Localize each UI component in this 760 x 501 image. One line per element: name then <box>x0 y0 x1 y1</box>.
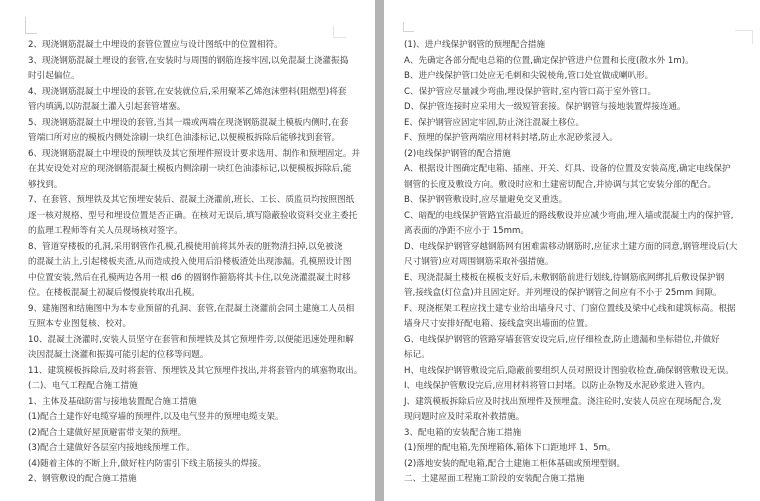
text-line: F、现浇框架工程应找土建专业给出墙身尺寸、门窗位置线及梁中心线和建筑标高。根据 <box>404 302 754 318</box>
text-boundary-mark-right-topright-horizontal <box>735 30 753 31</box>
text-line: 7、在套管、预埋铁及其它预埋安装后、混凝土浇灌前,班长、工长、质监员均按照图纸 <box>28 193 350 209</box>
text-line: A、根据设计图确定配电箱、插座、开关、灯具、设备的位置及安装高度,确定电线保护 <box>404 162 754 178</box>
text-line: (1)配合土建作好电缆穿墙的预埋件,以及电气竖井的预埋电缆支架。 <box>28 410 350 426</box>
text-line: 9、建施图和结施图中为本专业预留的孔洞、套管,在混凝土浇灌前会同土建施工人员相 <box>28 302 350 318</box>
document-viewer-canvas: { "viewer": { "page_background": "#fffff… <box>0 0 760 501</box>
text-boundary-mark-left-topleft-horizontal <box>25 33 37 34</box>
text-line: 在其安设处对应的现浇钢筋混凝土模板内侧涂刷一块红色油漆标记,以便模板拆除后,能 <box>28 162 350 178</box>
text-line: D、保护管连接时应采用大一级短管套接。保护钢管与接地装置焊接连通。 <box>404 100 754 116</box>
text-line: 墙身尺寸安排好配电箱、接线盒突出墙面的位置。 <box>404 317 754 333</box>
text-line: I、电线保护管敷设完后,应用材料将管口封堵。以防止杂物及水泥砂浆进入管内。 <box>404 379 754 395</box>
text-line: 的监理工程师等有关人员现场核对签字。 <box>28 224 350 240</box>
text-line: 位。在楼板混凝土初凝后慢慢旋转取出孔模。 <box>28 286 350 302</box>
text-line: E、保护钢管应固定牢固,防止浇注混凝土移位。 <box>404 116 754 132</box>
text-line: H、电线保护钢管敷设完后,隐蔽前要组织人员对照设计图验收检查,确保钢管敷设无误。 <box>404 364 754 380</box>
text-line: B、保护钢管敷设时,应尽量避免交叉重迭。 <box>404 193 754 209</box>
text-line: (二)、电气工程配合施工措施 <box>28 379 350 395</box>
text-line: 管端口所对应的模板内侧处涂刷一块红色油漆标记,以便模板拆除后能够找到套管。 <box>28 131 350 147</box>
text-line: 尺寸钢管)应对周围钢筋采取补强措施。 <box>404 255 754 271</box>
text-line: (1)预埋的配电箱,先预埋箱体,箱体下口距地坪 1、5m。 <box>404 441 754 457</box>
text-boundary-mark-left-topleft-vertical <box>25 17 26 34</box>
text-line: J、建筑模板拆除后应及时找出预埋件及预埋盒。浇注砼时,安装人员应在现场配合,发 <box>404 395 754 411</box>
text-line: F、预埋的保护管两端应用材料封堵,防止水泥砂浆浸入。 <box>404 131 754 147</box>
text-line: 3、配电箱的安装配合施工措施 <box>404 426 754 442</box>
text-line: 离表面的净距不应小于 15mm。 <box>404 224 754 240</box>
text-line: 标记。 <box>404 348 754 364</box>
text-line: 时引起偏位。 <box>28 69 350 85</box>
page-gap <box>375 0 384 501</box>
text-line: (2)配合土建做好屋顶避雷带支架的预埋。 <box>28 426 350 442</box>
text-line: 决因混凝土浇灌和振捣可能引起的位移等问题。 <box>28 348 350 364</box>
text-line: 管,接线盒(灯位盒)并且固定好。并列埋设的保护钢管之间应有不小于 25mm 间隙… <box>404 286 754 302</box>
text-line: A、先确定各部分配电总箱的位置,确定保护管进户位置和长度(散水外 1m)。 <box>404 54 754 70</box>
text-line: E、现浇混凝土楼板在模板支好后,未敷钢筋前进行划线,待钢筋底网绑扎后敷设保护钢 <box>404 271 754 287</box>
text-line: 现问题时应及时采取补救措施。 <box>404 410 754 426</box>
text-line: 6、现浇钢筋混凝土中埋设的预埋铁及其它预埋件照设计要求选用、制作和预埋固定。并 <box>28 147 350 163</box>
text-line: 11、建筑模板拆除后,及时将套管、预埋铁及其它预埋件找出,并将套管内的填塞物取出… <box>28 364 350 380</box>
text-line: 1、主体及基础防雷与接地装置配合施工措施 <box>28 395 350 411</box>
text-line: 3、现浇钢筋混凝土埋设的套管,在安装时与周围的钢筋连接牢固,以免混凝土浇灌振捣 <box>28 54 350 70</box>
text-line: 4、现浇钢筋混凝土中埋设的套管,在安装就位后,采用聚苯乙烯泡沫塑料(阻燃型)将套 <box>28 85 350 101</box>
text-line: 逐一核对规格、型号和埋设位置是否正确。在核对无误后,填写隐蔽验收资料交业主委托 <box>28 209 350 225</box>
text-line: B、进户线保护管口处应无毛刺和尖锐棱角,管口处宜做成喇叭形。 <box>404 69 754 85</box>
text-line: 8、管道穿楼板的孔洞,采用钢管作孔模,孔模使用前将其外表的脏物清扫掉,以免被浇 <box>28 240 350 256</box>
text-line: 10、混凝土浇灌时,安装人员坚守在套管和预埋铁及其它预埋件旁,以便能迅速处理和解 <box>28 333 350 349</box>
text-line: 管内填满,以防混凝土灌入引起套管堵塞。 <box>28 100 350 116</box>
text-line: 互照本专业图复核、校对。 <box>28 317 350 333</box>
text-line: 5、现浇钢筋混凝土中埋设的套管,当其一端或两端在现浇钢筋混凝土模板内侧时,在套 <box>28 116 350 132</box>
text-line: 够找到。 <box>28 178 350 194</box>
text-line: 的混凝土沾上,引起楼板夹渣,从而造成投入使用后沿楼板渣处出现渗漏。孔模照设计图 <box>28 255 350 271</box>
text-line: 钢管的长度及敷设方向。敷设时应和土建密切配合,并协调与其它安装分部的配合。 <box>404 178 754 194</box>
text-line: 二、土建屋面工程施工阶段的安装配合施工措施 <box>404 472 754 488</box>
text-line: 2、钢管敷设的配合施工措施 <box>28 472 350 488</box>
text-line: 中位置安装,然后在孔模两边各用一根 d6 的圆钢作箍筋将其卡住,以免浇灌混凝土时… <box>28 271 350 287</box>
text-line: (3)配合土建做好各层室内接地线预埋工作。 <box>28 441 350 457</box>
text-line: D、电线保护钢管穿越钢筋网有困难需移动钢筋时,应征求土建方面的同意,钢管埋设后(… <box>404 240 754 256</box>
text-line: C、暗配的电线保护管路宜沿最近的路线敷设并应减少弯曲,埋入墙或混凝土内的保护管, <box>404 209 754 225</box>
text-line: (4)随着主体的不断上升,做好柱内防雷引下线主筋接头的焊接。 <box>28 457 350 473</box>
text-boundary-mark-right-topleft-horizontal <box>403 31 414 32</box>
text-line: G、电线保护钢管的管路穿墙套管安设完后,应仔细检查,防止遗漏和坐标错位,并做好 <box>404 333 754 349</box>
text-line: (1)、进户线保护钢管的预埋配合措施 <box>404 38 754 54</box>
text-line: C、保护管应尽量减少弯曲,埋设保护管时,室内管口高于室外管口。 <box>404 85 754 101</box>
text-line: (2)电线保护钢管的配合措施 <box>404 147 754 163</box>
text-line: 2、现浇钢筋混凝土中埋设的套管位置应与设计图纸中的位置相符。 <box>28 38 350 54</box>
right-page-text: (1)、进户线保护钢管的预埋配合措施A、先确定各部分配电总箱的位置,确定保护管进… <box>404 38 754 488</box>
left-page-text: 2、现浇钢筋混凝土中埋设的套管位置应与设计图纸中的位置相符。3、现浇钢筋混凝土埋… <box>28 38 350 488</box>
text-line: (2)落地安装的配电箱,配合土建施工柜体基础或预埋型钢。 <box>404 457 754 473</box>
